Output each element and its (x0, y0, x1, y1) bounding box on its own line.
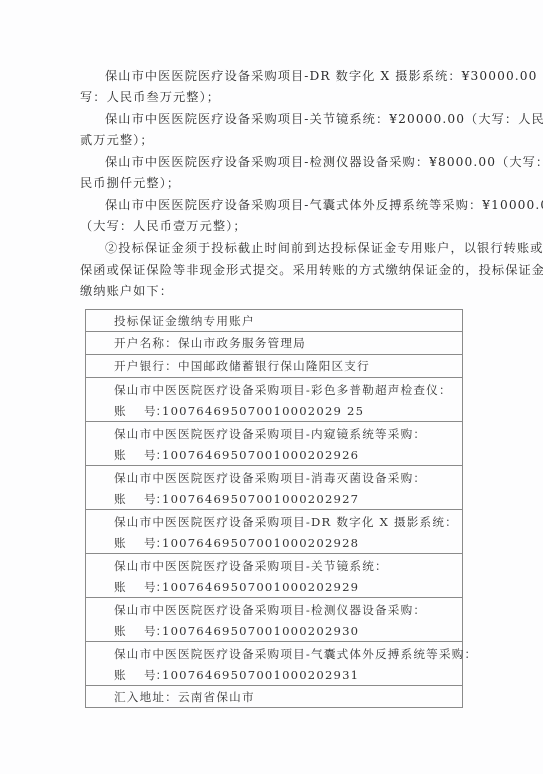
paragraph-dr-line2: 写：人民币叁万元整）； (80, 89, 220, 105)
bank-row: 开户银行：中国邮政储蓄银行保山隆阳区支行 (86, 354, 462, 377)
project-name: 保山市中医医院医疗设备采购项目-关节镜系统： (114, 559, 388, 573)
table-row: 保山市中医医院医疗设备采购项目-气囊式体外反搏系统等采购： 账号：1007646… (86, 641, 462, 685)
account-label-a: 账 (114, 624, 144, 638)
table-row: 保山市中医医院医疗设备采购项目-关节镜系统： 账号：10076469507001… (86, 553, 462, 597)
project-name: 保山市中医医院医疗设备采购项目-彩色多普勒超声检查仪： (114, 383, 452, 397)
paragraph-deposit-line2: 保函或保证保险等非现金形式提交。采用转账的方式缴纳保证金的，投标保证金 (80, 262, 543, 278)
paragraph-deposit-line1: ②投标保证金须于投标截止时间前到达投标保证金专用账户，以银行转账或 (105, 240, 543, 256)
table-row: 保山市中医医院医疗设备采购项目-消毒灭菌设备采购： 账号：10076469507… (86, 465, 462, 509)
table-row: 保山市中医医院医疗设备采购项目-检测仪器设备采购： 账号：10076469507… (86, 597, 462, 641)
account-label-a: 账 (114, 492, 144, 506)
project-name: 保山市中医医院医疗设备采购项目-消毒灭菌设备采购： (114, 471, 426, 485)
account-label-a: 账 (114, 404, 144, 418)
table-header: 投标保证金缴纳专用账户 (114, 314, 255, 328)
table-row: 保山市中医医院医疗设备采购项目-DR 数字化 X 摄影系统： 账号：100764… (86, 509, 462, 553)
table-row: 保山市中医医院医疗设备采购项目-彩色多普勒超声检查仪： 账号：100764695… (86, 377, 462, 421)
remit-address: 汇入地址：云南省保山市 (114, 690, 255, 704)
paragraph-ecp-line2: （大写：人民币壹万元整）； (80, 218, 247, 234)
table-row: 保山市中医医院医疗设备采购项目-内窥镜系统等采购： 账号：10076469507… (86, 421, 462, 465)
account-number: 10076469507001000202926 (162, 448, 359, 462)
account-number: 10076469507001000202930 (162, 624, 359, 638)
paragraph-ecp-line1: 保山市中医医院医疗设备采购项目-气囊式体外反搏系统等采购：¥10000.00 (105, 197, 543, 213)
account-number-line: 账号：10076469507001000202926 (114, 448, 359, 462)
project-name: 保山市中医医院医疗设备采购项目-检测仪器设备采购： (114, 603, 426, 617)
table-header-row: 投标保证金缴纳专用账户 (86, 310, 462, 331)
account-number-line: 账号：10076469507001000202929 (114, 580, 359, 594)
account-label-a: 账 (114, 580, 144, 594)
paragraph-testing-line1: 保山市中医医院医疗设备采购项目-检测仪器设备采购：¥8000.00（大写：人 (105, 154, 543, 170)
account-label-a: 账 (114, 668, 144, 682)
account-number: 10076469507001000202927 (162, 492, 359, 506)
account-number-line: 账号：10076469507001000202931 (114, 668, 359, 682)
project-name: 保山市中医医院医疗设备采购项目-气囊式体外反搏系统等采购： (114, 647, 477, 661)
project-name: 保山市中医医院医疗设备采购项目-内窥镜系统等采购： (114, 427, 426, 441)
address-row: 汇入地址：云南省保山市 (86, 685, 462, 708)
account-number: 10076469507001000202928 (162, 536, 359, 550)
account-number-line: 账号：10076469507001000202930 (114, 624, 359, 638)
account-number: 10076469507001000202931 (162, 668, 359, 682)
paragraph-arthroscope-line1: 保山市中医医院医疗设备采购项目-关节镜系统：¥20000.00（大写：人民币 (105, 111, 543, 127)
paragraph-deposit-line3: 缴纳账户如下： (80, 283, 173, 299)
paragraph-dr-line1: 保山市中医医院医疗设备采购项目-DR 数字化 X 摄影系统：¥30000.00（… (105, 68, 543, 84)
document-page: 保山市中医医院医疗设备采购项目-DR 数字化 X 摄影系统：¥30000.00（… (0, 0, 543, 774)
account-number-line: 账号：100764695070010002029 25 (114, 404, 364, 418)
account-label-a: 账 (114, 448, 144, 462)
account-name-row: 开户名称：保山市政务服务管理局 (86, 331, 462, 354)
deposit-account-table: 投标保证金缴纳专用账户 开户名称：保山市政务服务管理局 开户银行：中国邮政储蓄银… (85, 309, 463, 708)
paragraph-testing-line2: 民币捌仟元整）； (80, 175, 180, 191)
account-number-line: 账号：10076469507001000202928 (114, 536, 359, 550)
account-number-line: 账号：10076469507001000202927 (114, 492, 359, 506)
account-number: 100764695070010002029 25 (162, 404, 364, 418)
account-name: 开户名称：保山市政务服务管理局 (114, 336, 306, 350)
bank-name: 开户银行：中国邮政储蓄银行保山隆阳区支行 (114, 359, 370, 373)
account-label-a: 账 (114, 536, 144, 550)
project-name: 保山市中医医院医疗设备采购项目-DR 数字化 X 摄影系统： (114, 515, 458, 529)
account-number: 10076469507001000202929 (162, 580, 359, 594)
paragraph-arthroscope-line2: 贰万元整）； (80, 132, 154, 148)
